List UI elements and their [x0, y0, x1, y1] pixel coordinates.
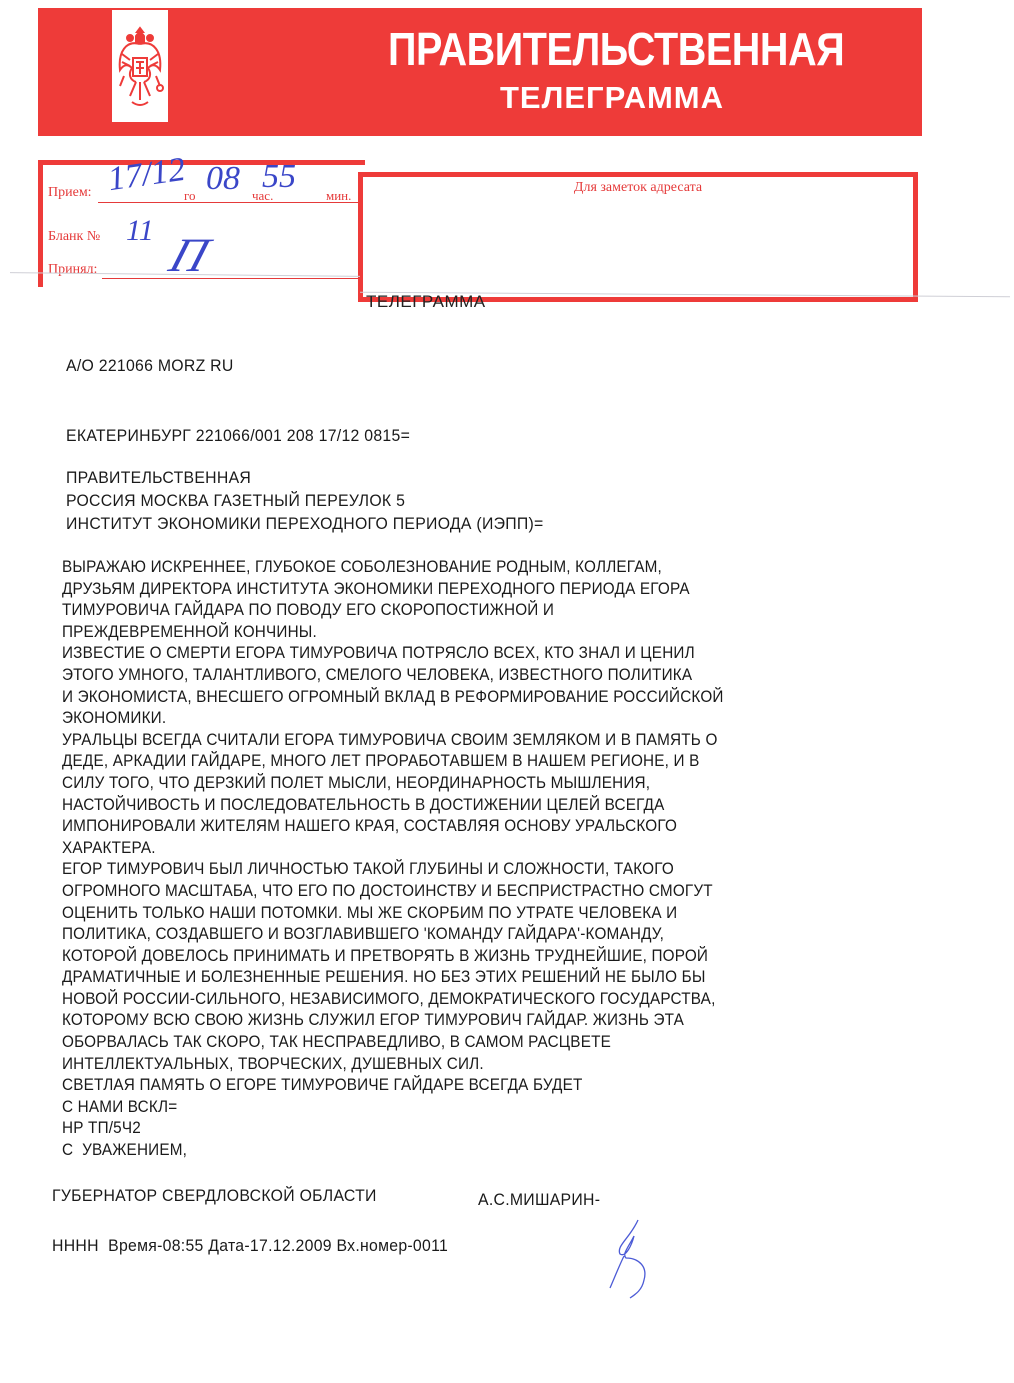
- accepted-label: Принял:: [48, 262, 97, 278]
- body-line: ДРУЗЬЯМ ДИРЕКТОРА ИНСТИТУТА ЭКОНОМИКИ ПЕ…: [62, 578, 800, 600]
- body-line: ОБОРВАЛАСЬ ТАК СКОРО, ТАК НЕСПРАВЕДЛИВО,…: [62, 1031, 800, 1053]
- body-line: ТИМУРОВИЧА ГАЙДАРА ПО ПОВОДУ ЕГО СКОРОПО…: [62, 599, 800, 621]
- signatory-title: ГУБЕРНАТОР СВЕРДЛОВСКОЙ ОБЛАСТИ: [52, 1186, 377, 1206]
- body-line: КОТОРОЙ ДОВЕЛОСЬ ПРИНИМАТЬ И ПРЕТВОРЯТЬ …: [62, 945, 800, 967]
- address-line: ПРАВИТЕЛЬСТВЕННАЯ: [66, 468, 251, 488]
- handwritten-minute: 55: [262, 158, 296, 196]
- handwritten-blank-number: 11: [126, 214, 154, 248]
- body-line: ДЕДЕ, АРКАДИИ ГАЙДАРЕ, МНОГО ЛЕТ ПРОРАБО…: [62, 750, 800, 772]
- body-line: ЭКОНОМИКИ.: [62, 707, 800, 729]
- minute-suffix: мин.: [326, 188, 351, 204]
- body-line: ИМПОНИРОВАЛИ ЖИТЕЛЯМ НАШЕГО КРАЯ, СОСТАВ…: [62, 815, 800, 837]
- body-line: ИЗВЕСТИЕ О СМЕРТИ ЕГОРА ТИМУРОВИЧА ПОТРЯ…: [62, 642, 800, 664]
- header-subtitle: ТЕЛЕГРАММА: [500, 80, 724, 116]
- body-line: ЕГОР ТИМУРОВИЧ БЫЛ ЛИЧНОСТЬЮ ТАКОЙ ГЛУБИ…: [62, 858, 800, 880]
- body-line: КОТОРОМУ ВСЮ СВОЮ ЖИЗНЬ СЛУЖИЛ ЕГОР ТИМУ…: [62, 1009, 800, 1031]
- body-line: ЭТОГО УМНОГО, ТАЛАНТЛИВОГО, СМЕЛОГО ЧЕЛО…: [62, 664, 800, 686]
- body-line: И ЭКОНОМИСТА, ВНЕСШЕГО ОГРОМНЫЙ ВКЛАД В …: [62, 686, 800, 708]
- body-line: НР ТП/5Ч2: [62, 1117, 800, 1139]
- body-line: ПОЛИТИКА, СОЗДАВШЕГО И ВОЗГЛАВИВШЕГО 'КО…: [62, 923, 800, 945]
- body-line: СВЕТЛАЯ ПАМЯТЬ О ЕГОРЕ ТИМУРОВИЧЕ ГАЙДАР…: [62, 1074, 800, 1096]
- address-line: ИНСТИТУТ ЭКОНОМИКИ ПЕРЕХОДНОГО ПЕРИОДА (…: [66, 514, 544, 534]
- telegram-body: ВЫРАЖАЮ ИСКРЕННЕЕ, ГЛУБОКОЕ СОБОЛЕЗНОВАН…: [62, 556, 882, 1161]
- body-line: НАСТОЙЧИВОСТЬ И ПОСЛЕДОВАТЕЛЬНОСТЬ В ДОС…: [62, 794, 800, 816]
- blank-label: Бланк №: [48, 229, 100, 245]
- body-line: С УВАЖЕНИЕМ,: [62, 1139, 800, 1161]
- addressee-notes-box: Для заметок адресата: [358, 172, 918, 302]
- received-label: Прием:: [48, 185, 92, 201]
- route-line: А/О 221066 MORZ RU: [66, 356, 234, 376]
- body-line: ИНТЕЛЛЕКТУАЛЬНЫХ, ТВОРЧЕСКИХ, ДУШЕВНЫХ С…: [62, 1053, 800, 1075]
- body-line: НОВОЙ РОССИИ-СИЛЬНОГО, НЕЗАВИСИМОГО, ДЕМ…: [62, 988, 800, 1010]
- body-line: ОЦЕНИТЬ ТОЛЬКО НАШИ ПОТОМКИ. МЫ ЖЕ СКОРБ…: [62, 902, 800, 924]
- notes-label: Для заметок адресата: [363, 180, 913, 196]
- accepted-line: [102, 278, 360, 279]
- body-line: ВЫРАЖАЮ ИСКРЕННЕЕ, ГЛУБОКОЕ СОБОЛЕЗНОВАН…: [62, 556, 800, 578]
- body-line: ОГРОМНОГО МАСШТАБА, ЧТО ЕГО ПО ДОСТОИНСТ…: [62, 880, 800, 902]
- handwritten-hour: 08: [206, 160, 240, 198]
- body-line: ДРАМАТИЧНЫЕ И БОЛЕЗНЕННЫЕ РЕШЕНИЯ. НО БЕ…: [62, 966, 800, 988]
- emblem-box: [112, 10, 168, 122]
- footer-line: НННН Время-08:55 Дата-17.12.2009 Вх.номе…: [52, 1236, 448, 1256]
- telegram-heading: ТЕЛЕГРАММА: [366, 292, 486, 312]
- body-line: УРАЛЬЦЫ ВСЕГДА СЧИТАЛИ ЕГОРА ТИМУРОВИЧА …: [62, 729, 800, 751]
- body-line: СИЛУ ТОГО, ЧТО ДЕРЗКИЙ ПОЛЕТ МЫСЛИ, НЕОР…: [62, 772, 800, 794]
- handwritten-signature-icon: [608, 1218, 658, 1308]
- body-line: С НАМИ ВСКЛ=: [62, 1096, 800, 1118]
- header-title: ПРАВИТЕЛЬСТВЕННАЯ: [388, 22, 809, 76]
- origin-line: ЕКАТЕРИНБУРГ 221066/001 208 17/12 0815=: [66, 426, 410, 446]
- body-line: ПРЕЖДЕВРЕМЕННОЙ КОНЧИНЫ.: [62, 621, 800, 643]
- signatory-name: А.С.МИШАРИН-: [478, 1190, 600, 1210]
- received-line: [98, 202, 358, 203]
- russian-coat-of-arms-icon: [116, 24, 164, 116]
- day-suffix: го: [184, 188, 196, 204]
- address-line: РОССИЯ МОСКВА ГАЗЕТНЫЙ ПЕРЕУЛОК 5: [66, 491, 405, 511]
- body-line: ХАРАКТЕРА.: [62, 837, 800, 859]
